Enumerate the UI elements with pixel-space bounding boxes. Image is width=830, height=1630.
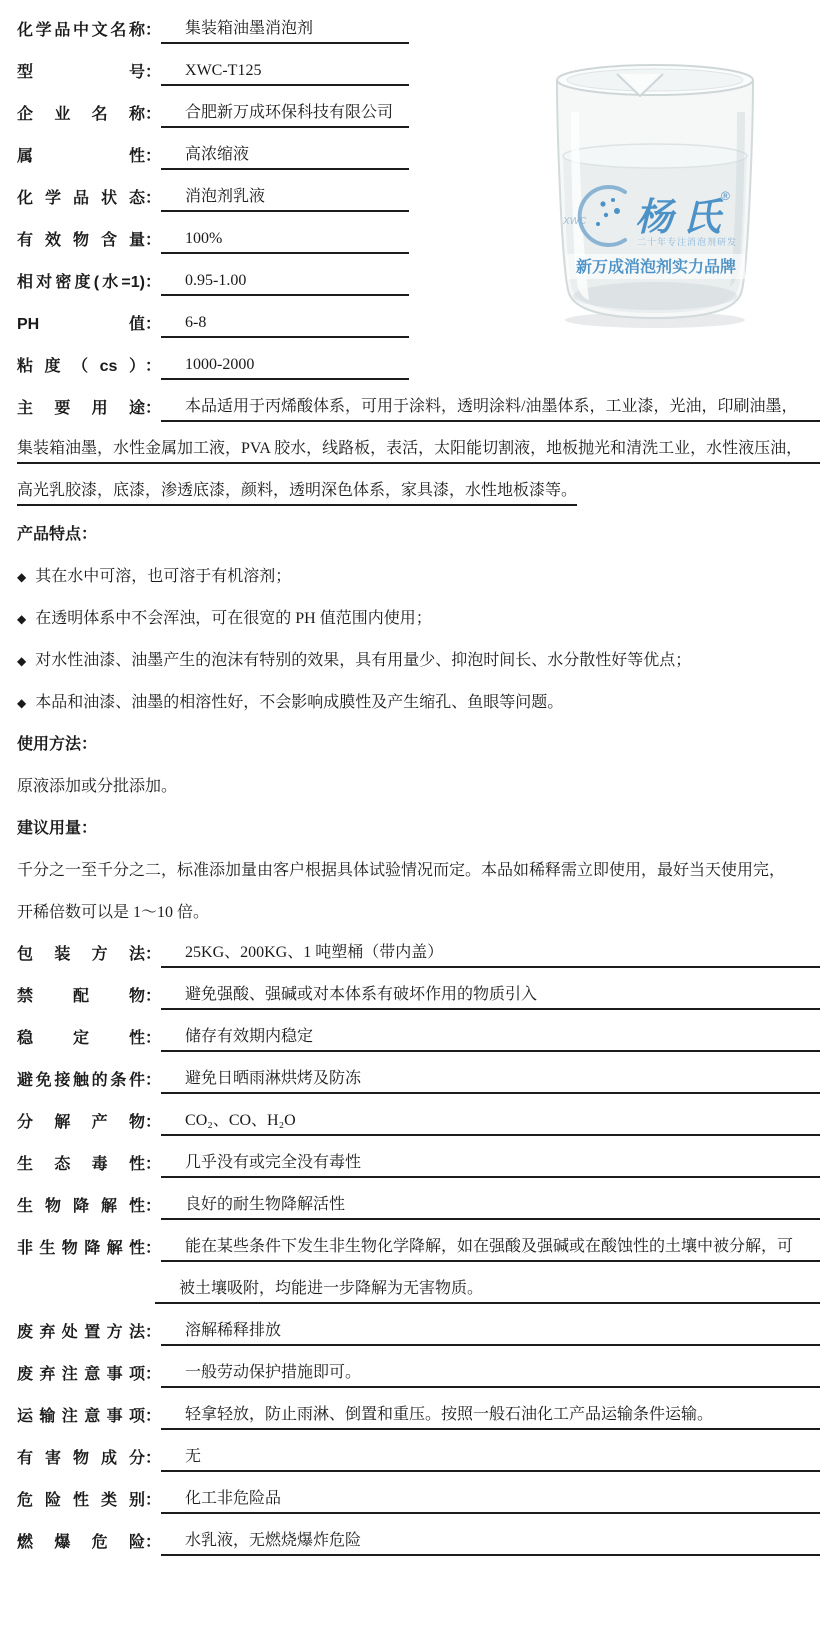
field-row-eco-toxicity: 生态毒性： 几乎没有或完全没有毒性 [17, 1136, 820, 1178]
field-row-density: 相对密度(水=1)： 0.95-1.00 [17, 254, 409, 296]
field-value: 无 [161, 1447, 820, 1472]
field-row-transport-precautions: 运输注意事项： 轻拿轻放，防止雨淋、倒置和重压。按照一般石油化工产品运输条件运输… [17, 1388, 820, 1430]
field-value: 一般劳动保护措施即可。 [161, 1363, 820, 1388]
field-colon: ： [145, 987, 161, 1010]
field-row-viscosity: 粘度（cs）： 1000-2000 [17, 338, 409, 380]
feature-text: 其在水中可溶，也可溶于有机溶剂； [35, 567, 291, 587]
field-colon: ： [145, 315, 161, 338]
field-label: 危险性类别 [17, 1491, 145, 1514]
feature-text: 在透明体系中不会浑浊，可在很宽的 PH 值范围内使用； [35, 609, 431, 629]
diamond-bullet-icon: ◆ [17, 567, 26, 587]
field-label: 粘度（cs） [17, 357, 145, 380]
field-colon: ： [145, 105, 161, 128]
field-row-harmful-ingredients: 有害物成分： 无 [17, 1430, 820, 1472]
field-value: CO₂、CO、H₂O [161, 1111, 820, 1136]
field-row-packaging: 包装方法： 25KG、200KG、1 吨塑桶（带内盖） [17, 926, 820, 968]
field-row-biodegradability: 生物降解性： 良好的耐生物降解活性 [17, 1178, 820, 1220]
field-value: 1000-2000 [161, 355, 409, 380]
field-value: 轻拿轻放，防止雨淋、倒置和重压。按照一般石油化工产品运输条件运输。 [161, 1405, 820, 1430]
field-row-active-content: 有效物含量： 100% [17, 212, 409, 254]
field-colon: ： [145, 1029, 161, 1052]
field-label: 分解产物 [17, 1113, 145, 1136]
logo-dot [611, 198, 615, 202]
field-value: 良好的耐生物降解活性 [161, 1195, 820, 1220]
field-colon: ： [145, 1533, 161, 1556]
field-value: 0.95-1.00 [161, 271, 409, 296]
field-label: 有害物成分 [17, 1449, 145, 1472]
field-label: 燃爆危险 [17, 1533, 145, 1556]
field-label: 型号 [17, 63, 145, 86]
field-value: 25KG、200KG、1 吨塑桶（带内盖） [161, 943, 820, 968]
main-use-continuation: 高光乳胶漆，底漆，渗透底漆，颜料，透明深色体系，家具漆，水性地板漆等。 [17, 464, 820, 506]
registered-mark: ® [721, 189, 730, 203]
field-label: 主要用途 [17, 399, 145, 422]
product-spec-sheet: XWC 杨 氏 ® 二十年专注消泡剂研发 新万成消泡剂实力品牌 化学品中文名称：… [0, 0, 830, 1630]
field-label: 废弃注意事项 [17, 1365, 145, 1388]
beaker-bottom-shade [573, 282, 737, 310]
field-value: 避免日晒雨淋烘烤及防冻 [161, 1069, 820, 1094]
logo-dot [596, 222, 600, 226]
logo-xwc-text: XWC [562, 216, 587, 227]
logo-dot [614, 208, 620, 214]
product-photo: XWC 杨 氏 ® 二十年专注消泡剂研发 新万成消泡剂实力品牌 [505, 52, 805, 342]
usage-text: 原液添加或分批添加。 [17, 758, 820, 800]
field-label: 化学品中文名称 [17, 21, 145, 44]
field-value: 溶解稀释排放 [161, 1321, 820, 1346]
field-value: 避免强酸、强碱或对本体系有破坏作用的物质引入 [161, 985, 820, 1010]
field-value: 消泡剂乳液 [161, 187, 409, 212]
field-colon: ： [145, 1323, 161, 1346]
diamond-bullet-icon: ◆ [17, 609, 26, 629]
field-row-conditions-to-avoid: 避免接触的条件： 避免日晒雨淋烘烤及防冻 [17, 1052, 820, 1094]
field-label: 生物降解性 [17, 1197, 145, 1220]
field-row-state: 化学品状态： 消泡剂乳液 [17, 170, 409, 212]
field-label: 废弃处置方法 [17, 1323, 145, 1346]
field-value: 水乳液，无燃烧爆炸危险 [161, 1531, 820, 1556]
dosage-heading: 建议用量： [17, 800, 820, 842]
field-row-ph: PH值： 6-8 [17, 296, 409, 338]
field-row-non-bio-degradability: 非生物降解性： 能在某些条件下发生非生物化学降解，如在强酸及强碱或在酸蚀性的土壤… [17, 1220, 820, 1262]
field-colon: ： [145, 1155, 161, 1178]
field-colon: ： [145, 1239, 161, 1262]
field-row-incompatibles: 禁配物： 避免强酸、强碱或对本体系有破坏作用的物质引入 [17, 968, 820, 1010]
field-value: 合肥新万成环保科技有限公司 [161, 103, 409, 128]
field-colon: ： [145, 399, 161, 422]
field-label: 相对密度(水=1) [17, 273, 145, 296]
field-label: 避免接触的条件 [17, 1071, 145, 1094]
feature-item: ◆ 对水性油漆、油墨产生的泡沫有特别的效果，具有用量少、抑泡时间长、水分散性好等… [17, 632, 820, 674]
brand-name-text: 杨 氏 [635, 197, 724, 239]
field-colon: ： [145, 21, 161, 44]
field-label: 禁配物 [17, 987, 145, 1010]
field-colon: ： [145, 1197, 161, 1220]
field-label: 包装方法 [17, 945, 145, 968]
field-value: 6-8 [161, 313, 409, 338]
field-value: XWC-T125 [161, 61, 409, 86]
brand-tagline-text: 二十年专注消泡剂研发 [637, 236, 737, 247]
feature-text: 本品和油漆、油墨的相溶性好，不会影响成膜性及产生缩孔、鱼眼等问题。 [35, 693, 563, 713]
field-value: 化工非危险品 [161, 1489, 820, 1514]
diamond-bullet-icon: ◆ [17, 651, 26, 671]
field-colon: ： [145, 273, 161, 296]
field-row-disposal-method: 废弃处置方法： 溶解稀释排放 [17, 1304, 820, 1346]
field-row-hazard-class: 危险性类别： 化工非危险品 [17, 1472, 820, 1514]
field-colon: ： [145, 189, 161, 212]
field-row-main-use: 主要用途： 本品适用于丙烯酸体系，可用于涂料，透明涂料/油墨体系，工业漆，光油，… [17, 380, 820, 422]
feature-text: 对水性油漆、油墨产生的泡沫有特别的效果，具有用量少、抑泡时间长、水分散性好等优点… [35, 651, 691, 671]
field-colon: ： [145, 147, 161, 170]
field-colon: ： [145, 1449, 161, 1472]
field-row-company: 企业名称： 合肥新万成环保科技有限公司 [17, 86, 409, 128]
field-colon: ： [145, 1071, 161, 1094]
field-label: 生态毒性 [17, 1155, 145, 1178]
field-label: 非生物降解性 [17, 1239, 145, 1262]
field-value-continuation: 高光乳胶漆，底漆，渗透底漆，颜料，透明深色体系，家具漆，水性地板漆等。 [17, 481, 577, 506]
field-colon: ： [145, 1365, 161, 1388]
field-value-continuation: 被土壤吸附，均能进一步降解为无害物质。 [155, 1279, 820, 1304]
field-label: 稳定性 [17, 1029, 145, 1052]
field-label: 企业名称 [17, 105, 145, 128]
field-label: 有效物含量 [17, 231, 145, 254]
field-value: 几乎没有或完全没有毒性 [161, 1153, 820, 1178]
field-colon: ： [145, 945, 161, 968]
field-label: 属性 [17, 147, 145, 170]
field-value: 集装箱油墨消泡剂 [161, 19, 409, 44]
beaker-illustration: XWC 杨 氏 ® 二十年专注消泡剂研发 新万成消泡剂实力品牌 [505, 52, 805, 342]
field-value-continuation: 集装箱油墨，水性金属加工液，PVA 胶水，线路板，表活，太阳能切割液，地板抛光和… [17, 439, 820, 464]
diamond-bullet-icon: ◆ [17, 693, 26, 713]
dosage-text-line: 千分之一至千分之二，标准添加量由客户根据具体试验情况而定。本品如稀释需立即使用，… [17, 842, 820, 884]
field-row-disposal-precautions: 废弃注意事项： 一般劳动保护措施即可。 [17, 1346, 820, 1388]
field-colon: ： [145, 231, 161, 254]
field-value: 储存有效期内稳定 [161, 1027, 820, 1052]
field-value: 高浓缩液 [161, 145, 409, 170]
logo-dot [604, 213, 608, 217]
field-row-property: 属性： 高浓缩液 [17, 128, 409, 170]
feature-item: ◆ 本品和油漆、油墨的相溶性好，不会影响成膜性及产生缩孔、鱼眼等问题。 [17, 674, 820, 716]
field-colon: ： [145, 63, 161, 86]
field-row-decomposition-products: 分解产物： CO₂、CO、H₂O [17, 1094, 820, 1136]
field-row-stability: 稳定性： 储存有效期内稳定 [17, 1010, 820, 1052]
field-colon: ： [145, 1491, 161, 1514]
field-row-model: 型号： XWC-T125 [17, 44, 409, 86]
field-row-chemical-name: 化学品中文名称： 集装箱油墨消泡剂 [17, 2, 409, 44]
field-colon: ： [145, 1407, 161, 1430]
field-label: 化学品状态 [17, 189, 145, 212]
features-heading: 产品特点： [17, 506, 820, 548]
field-row-explosion-hazard: 燃爆危险： 水乳液，无燃烧爆炸危险 [17, 1514, 820, 1556]
logo-dot [600, 201, 605, 206]
field-value: 本品适用于丙烯酸体系，可用于涂料，透明涂料/油墨体系，工业漆，光油，印刷油墨， [161, 397, 820, 422]
main-use-continuation: 集装箱油墨，水性金属加工液，PVA 胶水，线路板，表活，太阳能切割液，地板抛光和… [17, 422, 820, 464]
field-colon: ： [145, 357, 161, 380]
dosage-text-line: 开稀倍数可以是 1～10 倍。 [17, 884, 820, 926]
field-colon: ： [145, 1113, 161, 1136]
non-bio-continuation: 被土壤吸附，均能进一步降解为无害物质。 [155, 1262, 820, 1304]
field-value: 能在某些条件下发生非生物化学降解，如在强酸及强碱或在酸蚀性的土壤中被分解，可 [161, 1237, 820, 1262]
field-label: PH值 [17, 315, 145, 338]
feature-item: ◆ 在透明体系中不会浑浊，可在很宽的 PH 值范围内使用； [17, 590, 820, 632]
field-value: 100% [161, 229, 409, 254]
field-label: 运输注意事项 [17, 1407, 145, 1430]
liquid-surface [563, 144, 747, 168]
usage-heading: 使用方法： [17, 716, 820, 758]
banner-text: 新万成消泡剂实力品牌 [576, 257, 736, 276]
feature-item: ◆ 其在水中可溶，也可溶于有机溶剂； [17, 548, 820, 590]
